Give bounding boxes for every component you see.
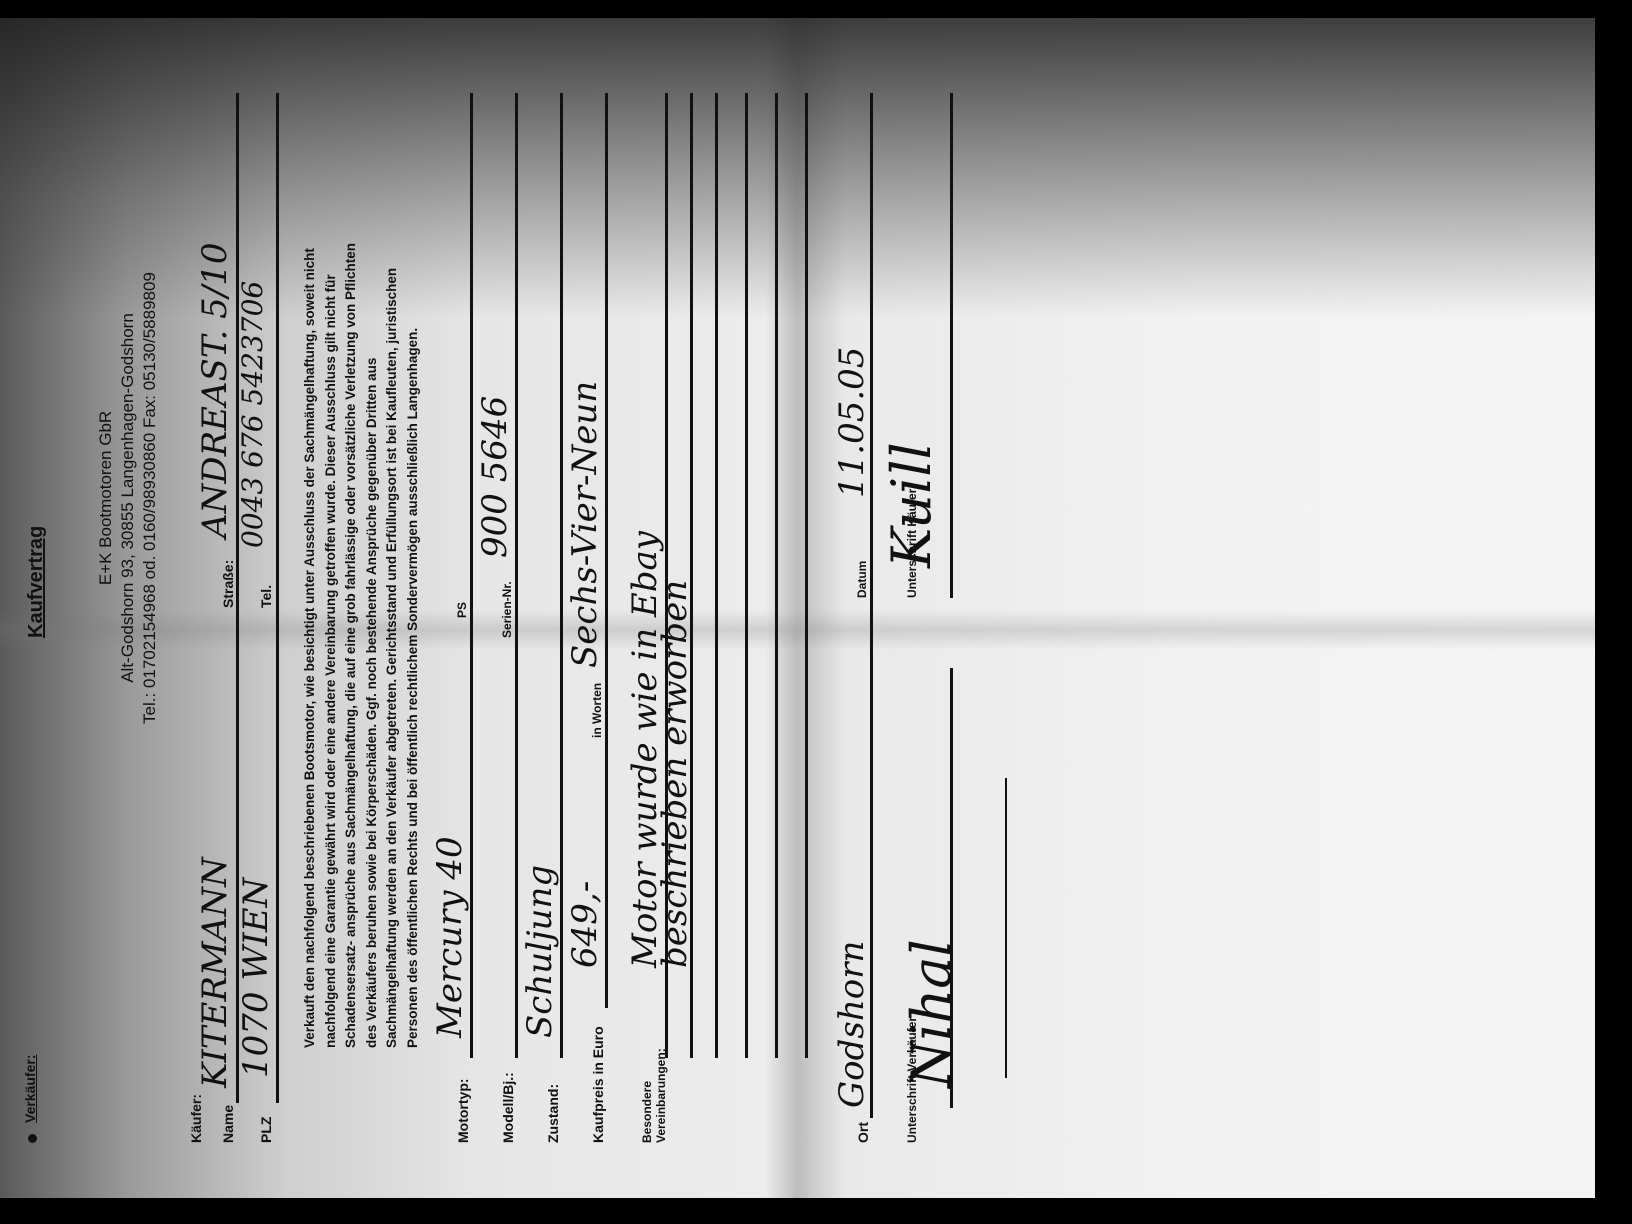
place-label: Ort <box>855 1122 871 1143</box>
buyer-signature-line <box>950 93 953 598</box>
seller-label: Verkäufer: <box>22 1055 38 1123</box>
remarks-line-3 <box>715 93 718 1058</box>
company-address: Alt-Godshorn 93, 30855 Langenhagen-Godsh… <box>117 218 139 778</box>
model-label: Modell/Bj.: <box>500 1072 516 1143</box>
remarks-2: beschrieben erworben <box>655 580 695 968</box>
buyer-street: ANDREAST. 5/10 <box>195 243 235 538</box>
price-words-label: in Worten <box>590 683 604 738</box>
serial-number: 900 5646 <box>475 396 515 558</box>
motor-type: Mercury 40 <box>430 836 470 1038</box>
buyer-signature: Kuill <box>880 442 943 568</box>
document-title: Kaufvertrag <box>25 526 48 638</box>
seller-signature: Nihal <box>900 939 963 1088</box>
condition-line <box>560 93 563 1058</box>
plz-line <box>276 93 279 1103</box>
remarks-line-4 <box>745 93 748 1058</box>
bullet-icon <box>28 1134 37 1143</box>
price-words: Sechs-Vier-Neun <box>565 381 605 668</box>
plz-label: PLZ <box>258 1117 274 1143</box>
company-contact: Tel.: 01702154968 od. 0160/98930860 Fax:… <box>139 218 161 778</box>
name-label: Name <box>220 1105 236 1143</box>
ps-label: PS <box>455 602 469 618</box>
company-block: E+K Bootmotoren GbR Alt-Godshorn 93, 308… <box>95 218 161 778</box>
condition-value: Schuljung <box>520 865 560 1038</box>
remarks-line-6 <box>805 93 808 1058</box>
terms-text: Verkauft den nachfolgend beschriebenen B… <box>300 228 423 1048</box>
price-value: 649,- <box>565 881 605 968</box>
motor-type-line <box>470 93 473 1058</box>
remarks-line-5 <box>775 93 778 1058</box>
condition-label: Zustand: <box>545 1084 561 1143</box>
serial-label: Serien-Nr. <box>500 581 514 638</box>
price-line <box>605 93 608 1008</box>
model-line <box>515 93 518 1058</box>
bottom-line <box>1005 778 1007 1078</box>
motor-type-label: Motortyp: <box>455 1078 471 1143</box>
street-label: Straße: <box>220 560 236 608</box>
contract-document: Kaufvertrag Verkäufer: E+K Bootmotoren G… <box>0 18 1595 1198</box>
remarks-label: Besondere Vereinbarungen: <box>640 1003 668 1143</box>
place-value: Godshorn <box>832 941 872 1108</box>
buyer-name: KITERMANN <box>195 857 235 1088</box>
date-value: 11.05.05 <box>832 347 872 498</box>
tel-label: Tel. <box>258 585 274 608</box>
company-name: E+K Bootmotoren GbR <box>95 218 117 778</box>
buyer-label: Käufer: <box>188 1094 204 1143</box>
price-label: Kaufpreis in Euro <box>590 1026 606 1143</box>
date-label: Datum <box>855 561 869 598</box>
buyer-tel: 0043 676 5423706 <box>236 281 269 548</box>
buyer-plz: 1070 WIEN <box>236 878 276 1078</box>
